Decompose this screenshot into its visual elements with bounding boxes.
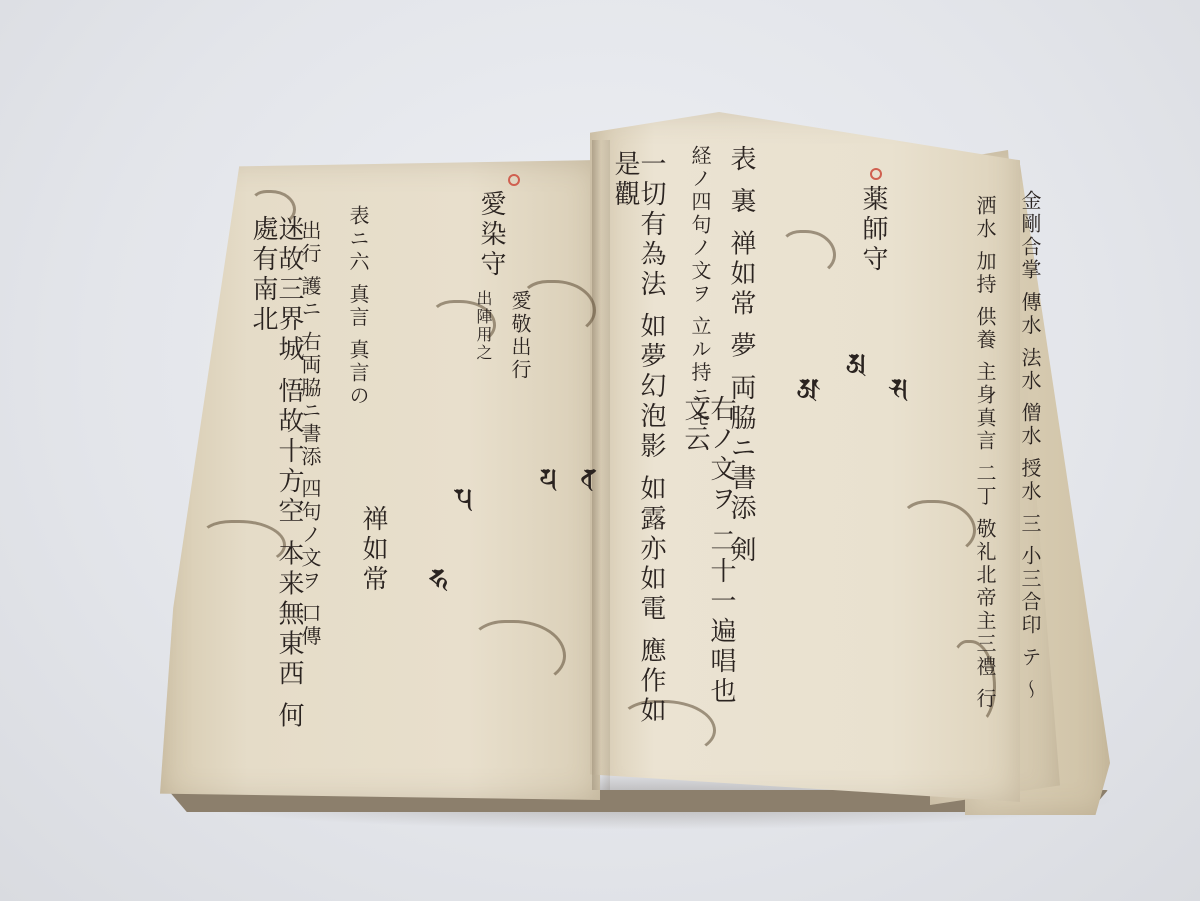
siddham-column: 𑖮: [420, 560, 477, 720]
text-column: 一切有為法 如夢幻泡影 如露亦如電 應作如是觀: [612, 150, 664, 750]
text-column: 薬師守: [860, 185, 886, 315]
text-column: 禅如常: [360, 505, 386, 625]
text-column: 表ニ六 真言 真言の: [348, 205, 368, 535]
text-column: 右ノ文ヲ 二十一遍唱也 文云: [682, 395, 734, 735]
siddham-column: 𑖁: [790, 370, 847, 490]
text-column: 愛敬出行: [510, 290, 530, 400]
red-circle-mark: [508, 174, 520, 186]
text-column: 迷故三界城 悟故十方空 本来無東西 何處有南北: [250, 215, 302, 735]
text-column: 洒水 加持 供養 主身真言 二丁 敬礼北帝主三禮 行: [975, 195, 995, 795]
text-column: 金剛合掌 傳水 法水 僧水 授水 三 小三合印 テ 〜: [1020, 190, 1040, 790]
siddham-column: 𑖪: [570, 460, 627, 660]
siddham-column: 𑖭: [880, 370, 937, 570]
text-column: 愛染守: [478, 190, 504, 290]
red-circle-mark: [870, 168, 882, 180]
worm-hole: [780, 230, 836, 276]
text-column: 出陣用之: [475, 290, 491, 390]
